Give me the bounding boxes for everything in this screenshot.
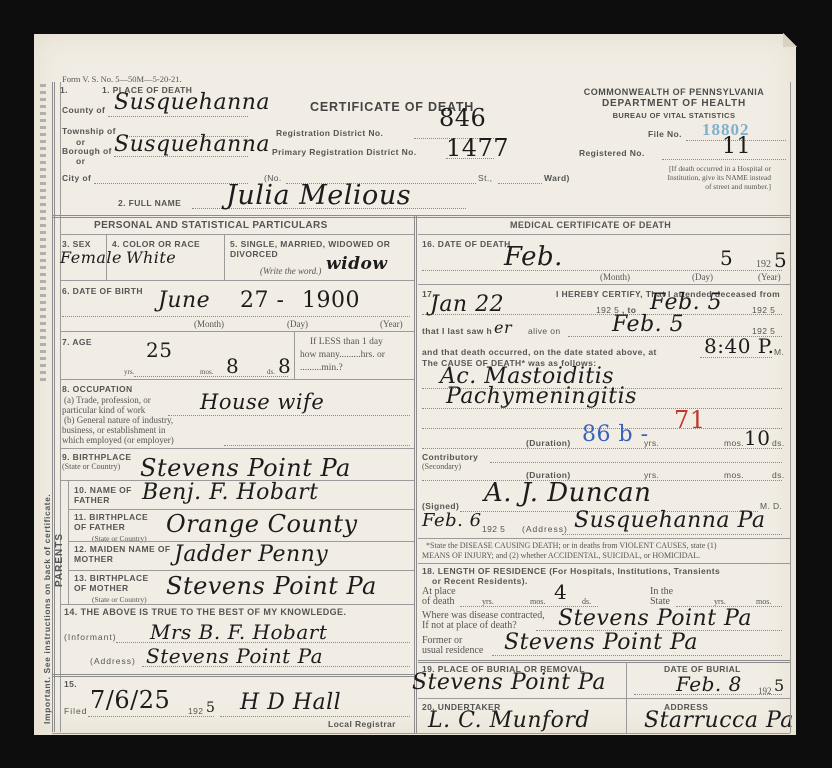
occupation-b-hint: (b) General nature of industry, [64, 415, 173, 425]
footnote-line-2: MEANS OF INJURY; and (2) whether ACCIDEN… [422, 551, 700, 561]
mother-birthplace-value: Stevens Point Pa [166, 572, 377, 600]
duration-label: (Duration) [526, 438, 571, 448]
duration-ds: ds. [772, 438, 785, 448]
item-1-marker: 1. [60, 85, 68, 95]
age-days-value: 8 [278, 354, 291, 378]
registered-number-line [662, 159, 786, 160]
signed-date: Feb. 6 [422, 510, 482, 531]
divider [418, 234, 790, 235]
burial-place-value: Stevens Point Pa [412, 670, 606, 695]
ward-line [498, 183, 542, 184]
burial-year-suffix: 5 [774, 676, 785, 695]
age-years-value: 25 [146, 338, 172, 362]
registration-district-value: 846 [439, 104, 486, 132]
duration-line [422, 448, 782, 449]
year-hint: (Year) [380, 319, 403, 329]
less-than-day-line-1: If LESS than 1 day [310, 337, 383, 347]
former-residence-label-2: usual residence [422, 646, 483, 656]
registered-number-label: Registered No. [579, 148, 645, 158]
cause-line-2-value: Pachymeningitis [446, 384, 637, 409]
yrs-hint: yrs. [124, 367, 134, 377]
alive-on-label: alive on [528, 326, 561, 336]
date-of-death-label: 16. DATE OF DEATH [422, 239, 511, 249]
duration-days-value: 10 [744, 426, 770, 450]
contracted-label-2: If not at place of death? [422, 621, 517, 631]
footnote-line-1: *State the DISEASE CAUSING DEATH; or in … [426, 541, 717, 551]
father-birthplace-hint: (State or Country) [92, 534, 147, 544]
ward-label: Ward) [544, 173, 570, 183]
divider [60, 331, 414, 332]
local-registrar-label: Local Registrar [328, 719, 396, 729]
death-certificate-page: Important. See instructions on back of c… [34, 34, 796, 735]
divider [294, 331, 295, 379]
contributory-line [490, 462, 782, 463]
residence-label-2: or Recent Residents). [432, 576, 528, 586]
filed-year-prefix: 192 [188, 706, 203, 716]
age-months-value: 8 [226, 354, 239, 378]
medical-heading: MEDICAL CERTIFICATE OF DEATH [510, 220, 671, 230]
informant-address-label: (Address) [90, 656, 136, 666]
contributory-hint: (Secondary) [422, 462, 461, 472]
header-divider [52, 215, 790, 218]
contracted-value: Stevens Point Pa [558, 606, 752, 631]
undertaker-value: L. C. Munford [428, 708, 590, 733]
last-saw-label: that I last saw h [422, 326, 492, 336]
parents-section-label: PARENTS [54, 533, 65, 587]
former-residence-value: Stevens Point Pa [504, 630, 698, 655]
color-race-value: White [126, 248, 176, 267]
father-name-value: Benj. F. Hobart [142, 480, 318, 505]
informant-value: Mrs B. F. Hobart [150, 620, 327, 644]
bottom-border [52, 733, 790, 734]
less-than-day-line-3: .........min.? [300, 363, 343, 373]
filed-date-value: 7/6/25 [90, 686, 170, 714]
signed-year: 192 5 [482, 524, 505, 534]
informant-address-value: Stevens Point Pa [146, 644, 323, 668]
or-label-2: or [76, 156, 85, 166]
filed-label: Filed [64, 706, 87, 716]
day-hint: (Day) [287, 319, 308, 329]
county-line [108, 116, 248, 117]
dod-month-hint: (Month) [600, 272, 630, 282]
dob-day-value: 27 - [240, 288, 284, 313]
signed-address-label: (Address) [522, 524, 568, 534]
father-birthplace-value: Orange County [166, 510, 358, 538]
dod-year-prefix: 192 [756, 260, 771, 270]
cause-code-red: 71 [674, 406, 706, 434]
registration-district-label: Registration District No. [276, 128, 383, 138]
city-label: City of [62, 173, 91, 183]
divider [418, 563, 790, 564]
age-line [134, 376, 288, 377]
at-place-months-value: 4 [554, 580, 567, 604]
personal-heading: PERSONAL AND STATISTICAL PARTICULARS [94, 220, 328, 231]
occupation-label: 8. OCCUPATION [62, 384, 133, 394]
date-of-birth-label: 6. DATE OF BIRTH [62, 286, 143, 296]
residence-label: 18. LENGTH OF RESIDENCE (For Hospitals, … [422, 566, 720, 576]
birthplace-label: 9. BIRTHPLACE [62, 452, 131, 462]
divider [60, 604, 414, 605]
occupation-b-hint-3: which employed (or employer) [62, 435, 174, 445]
dob-month-value: June [158, 288, 210, 313]
divider [52, 674, 414, 677]
m-label: M. [774, 347, 784, 357]
birthplace-hint: (State or Country) [62, 462, 120, 472]
occupation-b-hint-2: business, or establishment in [62, 425, 166, 435]
registered-number-value: 11 [722, 134, 751, 159]
right-border [790, 82, 791, 733]
last-saw-date: Feb. 5 [612, 312, 684, 337]
item-15-marker: 15. [64, 679, 77, 689]
folded-corner [783, 33, 797, 47]
divider [68, 570, 414, 571]
burial-year-prefix: 192 [758, 686, 772, 696]
dod-day-value: 5 [720, 246, 733, 270]
informant-label: (Informant) [64, 632, 117, 642]
father-birthplace-label: 11. BIRTHPLACE OF FATHER [74, 512, 162, 532]
employer-line [224, 445, 410, 446]
at-place-mos: mos. [530, 597, 545, 607]
sex-value: Female [60, 248, 122, 267]
primary-registration-district-value: 1477 [446, 134, 509, 162]
mother-name-label: 12. MAIDEN NAME OF MOTHER [74, 544, 174, 564]
file-number-label: File No. [648, 129, 682, 139]
mother-birthplace-label: 13. BIRTHPLACE OF MOTHER [74, 573, 162, 593]
death-time-label: and that death occurred, on the date sta… [422, 347, 657, 357]
less-than-day-line-2: how many.........hrs. or [300, 350, 385, 360]
dod-year-suffix: 5 [774, 248, 787, 272]
divider [68, 480, 69, 604]
divider [418, 284, 790, 285]
marital-hint: (Write the word.) [260, 266, 321, 276]
divider [60, 280, 414, 281]
cause-code-blue: 86 b - [582, 422, 649, 447]
divider [224, 234, 225, 280]
dod-year-hint: (Year) [758, 272, 781, 282]
in-state-mos: mos. [756, 597, 771, 607]
physician-signature: A. J. Duncan [484, 478, 651, 508]
registrar-line [220, 716, 410, 717]
dod-line [422, 270, 782, 271]
full-name-label: 2. FULL NAME [118, 198, 181, 208]
occupation-a-hint: (a) Trade, profession, or [64, 395, 151, 405]
undertaker-address-value: Starrucca Pa [644, 708, 794, 733]
hospital-note: [If death occurred in a Hospital or Inst… [666, 164, 771, 191]
full-name-value: Julia Melious [226, 180, 411, 211]
divider [418, 538, 790, 539]
margin-instruction-note: Important. See instructions on back of c… [42, 494, 52, 724]
dod-month-value: Feb. [504, 242, 563, 272]
filed-year-suffix: 5 [206, 700, 215, 716]
former-residence-line [492, 655, 782, 656]
primary-registration-district-label: Primary Registration District No. [272, 147, 417, 157]
duration-mos: mos. [724, 438, 744, 448]
attended-to-year: 192 5 [752, 305, 775, 315]
divider [418, 660, 790, 663]
informant-statement: 14. THE ABOVE IS TRUE TO THE BEST OF MY … [64, 607, 346, 617]
signed-address-value: Susquehanna Pa [574, 508, 765, 533]
occupation-value: House wife [200, 390, 324, 414]
divider [60, 234, 414, 235]
burial-date-value: Feb. 8 [676, 672, 742, 696]
form-number: Form V. S. No. 5—50M—5-20-21. [62, 74, 182, 84]
issuer-line-2: DEPARTMENT OF HEALTH [574, 98, 774, 110]
divider [60, 448, 414, 449]
dob-year-value: 1900 [302, 288, 360, 313]
mother-name-value: Jadder Penny [174, 542, 328, 567]
occupation-line [168, 415, 410, 416]
left-border [52, 82, 55, 732]
duration-yrs: yrs. [644, 438, 659, 448]
county-value: Susquehanna [114, 90, 270, 115]
divider [418, 698, 790, 699]
death-time-value: 8:40 P. [704, 334, 775, 358]
month-hint: (Month) [194, 319, 224, 329]
margin-perforation [40, 84, 46, 384]
divider [60, 379, 414, 380]
issuer-block: COMMONWEALTH OF PENNSYLVANIA DEPARTMENT … [574, 86, 774, 122]
borough-value: Susquehanna [114, 132, 270, 157]
filed-line [88, 716, 214, 717]
issuer-line-1: COMMONWEALTH OF PENNSYLVANIA [574, 86, 774, 98]
marital-status-value: widow [326, 254, 387, 274]
dob-line [62, 316, 410, 317]
county-label: County of [62, 105, 105, 115]
last-saw-pronoun: er [494, 318, 512, 337]
left-border-inner [60, 82, 61, 732]
contributory-mos: mos. [724, 470, 744, 480]
dod-day-hint: (Day) [692, 272, 713, 282]
of-death-label: of death [422, 597, 455, 607]
center-divider [414, 215, 417, 733]
attended-from-value: Jan 22 [430, 292, 504, 317]
township-label: Township of [62, 126, 116, 136]
borough-label: Borough of [62, 146, 112, 156]
birthplace-value: Stevens Point Pa [140, 454, 351, 482]
contributory-ds: ds. [772, 470, 785, 480]
registrar-signature: H D Hall [240, 690, 341, 715]
occupation-a-hint-2: particular kind of work [62, 405, 145, 415]
signed-address-line [562, 534, 782, 535]
contributory-label: Contributory [422, 452, 478, 462]
age-label: 7. AGE [62, 337, 92, 347]
divider [106, 234, 107, 280]
city-line [94, 183, 248, 184]
at-place-yrs: yrs. [482, 597, 494, 607]
street-label: St., [478, 173, 492, 183]
